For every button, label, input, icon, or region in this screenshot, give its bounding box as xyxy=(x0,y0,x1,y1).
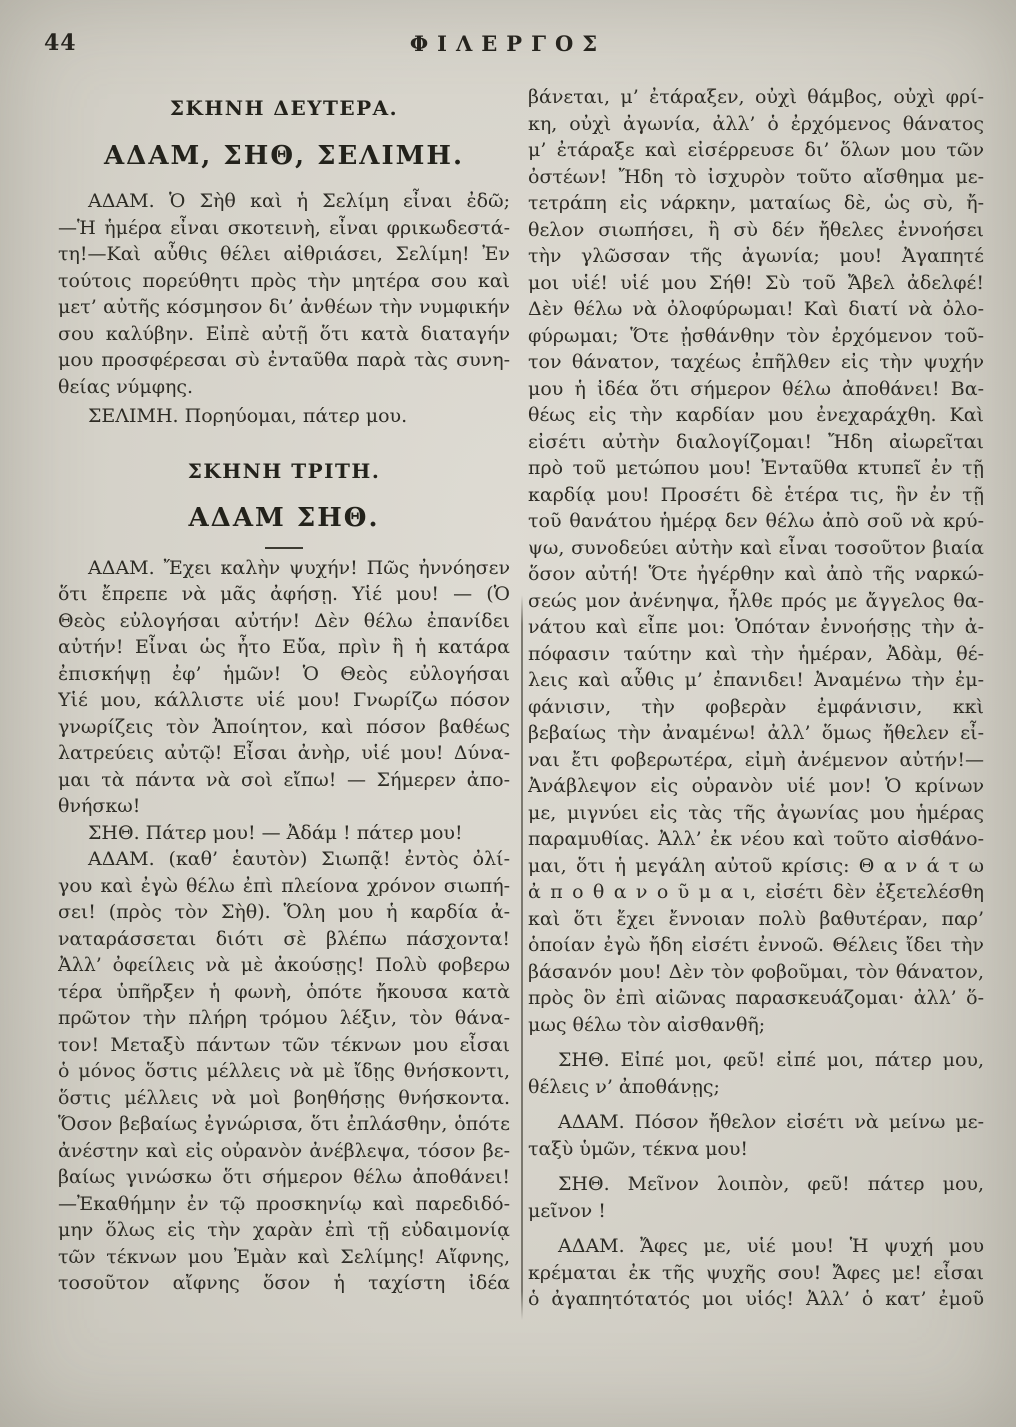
text-line: ὅσον αὐτή! Ὅτε ἠγέρθην καὶ ἀπὸ τῆς ναρκώ… xyxy=(528,561,984,588)
text-line: εἰσέτι αὐτὴν διαλογίζομαι! Ἤδη αἰωρεῖται xyxy=(528,429,984,456)
text-line: νάτου καὶ εἶπε μοι: Ὁπόταν ἐννοήσῃς τὴν … xyxy=(528,614,984,641)
text-line: μως θέλω τὸν αἰσθανθῆ; xyxy=(528,1012,984,1039)
text-line: —Ἡ ἡμέρα εἶναι σκοτεινὴ, εἶναι φρικωδεστ… xyxy=(58,215,510,242)
text-line: Υἱέ μου, κάλλιστε υἱέ μου! Γνωρίζω πόσον xyxy=(58,687,510,714)
speech-paragraph: ΣΗΘ. Πάτερ μου! — Ἀδάμ ! πάτερ μου! xyxy=(58,820,510,847)
text-line: πρῶτον τὴν πλήρη τρόμου λέξιν, τὸν θάνα- xyxy=(58,1005,510,1032)
speech-paragraph: ΑΔΑΜ. Ἔχει καλὴν ψυχήν! Πῶς ἠννόησενὅτι … xyxy=(58,555,510,820)
text-line: σεώς μον ἀνένηψα, ἦλθε πρός με ἄγγελος θ… xyxy=(528,588,984,615)
text-line: φύρωμαι; Ὅτε ᾐσθάνθην τὸν ἐρχόμενον τοῦ- xyxy=(528,323,984,350)
text-line: Ἀνάβλεψον εἰς οὐρανὸν υἱέ μον! Ὁ κρίνων xyxy=(528,773,984,800)
text-line: ὁ μόνος ὅστις μέλλεις νὰ μὲ ἴδῃς θνήσκον… xyxy=(58,1058,510,1085)
text-line: παραμυθίας. Ἀλλ’ ἐκ νέου καὶ τοῦτο αἰσθά… xyxy=(528,826,984,853)
section-rule xyxy=(265,547,303,549)
text-line: βεβαίως τὴν ἀναμένω! ἀλλ’ ὅμως ἤθελεν εἶ… xyxy=(528,720,984,747)
text-column-left: ΣΚΗΝΗ ΔΕΥΤΕΡΑ.ΑΔΑΜ, ΣΗΘ, ΣΕΛΙΜΗ.ΑΔΑΜ. Ὁ … xyxy=(58,88,510,1297)
text-line: Ἀλλ’ ὀφείλεις νὰ μὲ ἀκούσῃς! Πολὺ φοβερω xyxy=(58,952,510,979)
text-line: κη, οὐχὶ ἀγωνία, ἀλλ’ ὁ ἐρχόμενος θάνατο… xyxy=(528,111,984,138)
text-line: τη!—Καὶ αὖθις θέλει αἰθριάσει, Σελίμη! Ἐ… xyxy=(58,241,510,268)
text-line: κρέμαται ἐκ τῆς ψυχῆς σου! Ἄφες με! εἶσα… xyxy=(528,1260,984,1287)
text-line: ταξὺ ὑμῶν, τέκνα μου! xyxy=(528,1136,984,1163)
speech-paragraph: βάνεται, μ’ ἐτάραξεν, οὐχὶ θάμβος, οὐχὶ … xyxy=(528,84,984,1038)
text-line: μαι τὰ πάντα νὰ σοὶ εἴπω! — Σήμερεν ἀπο- xyxy=(58,767,510,794)
speech-paragraph: ΣΕΛΙΜΗ. Πορηύομαι, πάτερ μου. xyxy=(58,403,510,430)
text-line: ὅτι ἔπρεπε νὰ μᾶς ἀφήσῃ. Υἱέ μου! — (Ὁ xyxy=(58,581,510,608)
text-line: βάνεται, μ’ ἐτάραξεν, οὐχὶ θάμβος, οὐχὶ … xyxy=(528,84,984,111)
text-line: σου καλύβην. Εἰπὲ αὐτῇ ὅτι κατὰ διαταγήν xyxy=(58,321,510,348)
text-line: βαίως γινώσκω ὅτι σήμερον θέλω ἀποθάνει! xyxy=(58,1164,510,1191)
text-line: ΣΗΘ. Εἰπέ μοι, φεῦ! εἰπέ μοι, πάτερ μου, xyxy=(528,1047,984,1074)
text-line: γου καὶ ἐγὼ θέλω ἐπὶ πλείονα χρόνον σιωπ… xyxy=(58,873,510,900)
text-line: τετράπη εἰς νάρκην, ματαίως δὲ, ὡς σὺ, ἤ… xyxy=(528,190,984,217)
text-line: ἀνέστην καὶ εἰς οὐρανὸν ἀνέβλεψα, τόσον … xyxy=(58,1138,510,1165)
text-line: τούτοις πορεύθητι πρὸς τὴν μητέρα σου κα… xyxy=(58,268,510,295)
text-line: θνήσκω! xyxy=(58,793,510,820)
text-line: με, μιγνύει εἰς τὰς τῆς ἀγωνίας μου ἡμέρ… xyxy=(528,800,984,827)
text-line: γνωρίζεις τὸν Ἀποίητον, καὶ πόσον βαθέως xyxy=(58,714,510,741)
text-line: θελον σιωπήσει, ἢ σὺ δέν ἤθελες ἐννοήσει xyxy=(528,217,984,244)
text-line: σει! (πρὸς τὸν Σὴθ). Ὅλη μου ἡ καρδία ἀ- xyxy=(58,899,510,926)
text-line: τῶν τέκνων μου Ἐμὰν καὶ Σελίμης! Αἴφνης, xyxy=(58,1244,510,1271)
text-line: Θεὸς εὐλογήσαι αὐτήν! Δὲν θέλω ἐπανίδει xyxy=(58,608,510,635)
speech-paragraph: ΑΔΑΜ. (καθ’ ἑαυτὸν) Σιωπᾷ! ἐντὸς ὀλί-γου… xyxy=(58,846,510,1297)
text-line: τοῦ θανάτου ἡμέρᾳ δεν θέλω ἀπὸ σοῦ νὰ κρ… xyxy=(528,508,984,535)
text-line: μεῖνον ! xyxy=(528,1198,984,1225)
text-line: —Ἐκαθήμην ἐν τῷ προσκηνίῳ καὶ παρεδιδό- xyxy=(58,1191,510,1218)
text-line: ΑΔΑΜ. Ὁ Σὴθ καὶ ἡ Σελίμη εἶναι ἐδῶ; xyxy=(58,188,510,215)
text-line: πρὸ τοῦ μετώπου μου! Ἐνταῦθα κτυπεῖ ἐν τ… xyxy=(528,455,984,482)
text-line: ΑΔΑΜ. (καθ’ ἑαυτὸν) Σιωπᾷ! ἐντὸς ὀλί- xyxy=(58,846,510,873)
text-line: μαι, ὅτι ἡ μεγάλη αὐτοῦ κρίσις: Θ α ν ά … xyxy=(528,853,984,880)
text-line: καὶ ὅτι ἔχει ἔννοιαν πολὺ βαθυτέραν, παρ… xyxy=(528,906,984,933)
text-line: ΑΔΑΜ. Πόσον ἤθελον εἰσέτι νὰ μείνω με- xyxy=(528,1109,984,1136)
text-line: θείας νύμφης. xyxy=(58,374,510,401)
text-line: πόφασιν ταύτην καὶ τὴν ἡμέραν, Ἀδὰμ, θέ- xyxy=(528,641,984,668)
text-line: μετ’ αὐτῆς κόσμησον δι’ ἀνθέων τὴν νυμφι… xyxy=(58,294,510,321)
text-line: βάσανόν μου! Δὲν τὸν φοβοῦμαι, τὸν θάνατ… xyxy=(528,959,984,986)
text-line: μου ἡ ἰδέα ὅτι σήμερον θέλω ἀποθάνει! Βα… xyxy=(528,376,984,403)
journal-title: ΦΙΛΕΡΓΟΣ xyxy=(0,31,1016,56)
text-line: πρὸς ὃν ἐπὶ αἰῶνας παρασκευάζομαι· ἀλλ’ … xyxy=(528,985,984,1012)
text-line: ὀστέων! Ἤδη τὸ ἰσχυρὸν τοῦτο αἴσθημα με- xyxy=(528,164,984,191)
text-line: θέλεις ν’ ἀποθάνῃς; xyxy=(528,1074,984,1101)
speech-paragraph: ΣΗΘ. Μεῖνον λοιπὸν, φεῦ! πάτερ μου,μεῖνο… xyxy=(528,1171,984,1224)
text-line: τον! Μεταξὺ πάντων τῶν τέκνων μου εἶσαι xyxy=(58,1032,510,1059)
speech-paragraph: ΑΔΑΜ. Ὁ Σὴθ καὶ ἡ Σελίμη εἶναι ἐδῶ;—Ἡ ἡμ… xyxy=(58,188,510,400)
text-line: μοι υἱέ! υἱέ μου Σήθ! Σὺ τοῦ Ἄβελ ἀδελφέ… xyxy=(528,270,984,297)
cast-heading: ΑΔΑΜ ΣΗΘ. xyxy=(58,501,510,535)
column-divider-rule xyxy=(521,595,523,1320)
page-header: 44 ΦΙΛΕΡΓΟΣ xyxy=(0,28,1016,62)
scanned-book-page: 44 ΦΙΛΕΡΓΟΣ ΣΚΗΝΗ ΔΕΥΤΕΡΑ.ΑΔΑΜ, ΣΗΘ, ΣΕΛ… xyxy=(0,0,1016,1427)
text-line: καρδίᾳ μου! Προσέτι δὲ ἑτέρα τις, ἣν ἐν … xyxy=(528,482,984,509)
text-line: μ’ ἐτάραξε καὶ εἰσέρρευσε δι’ ὅλων μου τ… xyxy=(528,137,984,164)
text-line: ψω, συνοδεύει αὐτὴν καὶ εἶναι τοσοῦτον β… xyxy=(528,535,984,562)
text-line: ναταράσσεται διότι σὲ βλέπω πάσχοντα! xyxy=(58,926,510,953)
text-line: ἐπισκήψῃ ἐφ’ ἡμῶν! Ὁ Θεὸς εὐλογήσαι αὐτή… xyxy=(58,661,510,688)
text-line: μην ὅλως εἰς τὴν χαρὰν ἐπὶ τῇ εὐδαιμονίᾳ xyxy=(58,1217,510,1244)
text-line: θέως εἰς τὴν καρδίαν μου ἐνεχαράχθη. Καὶ xyxy=(528,402,984,429)
text-line: ὅστις μέλλεις νὰ μοὶ βοηθήσῃς θνήσκοντα. xyxy=(58,1085,510,1112)
text-line: ΑΔΑΜ. Ἄφες με, υἱέ μου! Ἡ ψυχή μου xyxy=(528,1233,984,1260)
scene-heading: ΣΚΗΝΗ ΤΡΙΤΗ. xyxy=(58,457,510,485)
text-line: ὁποίαν ἐγὼ ἤδη εἰσέτι ἐννοῶ. Θέλεις ἴδει… xyxy=(528,932,984,959)
text-line: Δὲν θέλω νὰ ὀλοφύρωμαι! Καὶ διατί νὰ ὀλο… xyxy=(528,296,984,323)
text-line: αὐτήν! Εἶναι ὡς ἦτο Εὔα, πρὶν ἢ ἡ κατάρα xyxy=(58,634,510,661)
speech-paragraph: ΑΔΑΜ. Ἄφες με, υἱέ μου! Ἡ ψυχή μουκρέματ… xyxy=(528,1233,984,1313)
text-line: τοσοῦτον αἴφνης ὅσον ἡ ταχίστη ἰδέα συλλ… xyxy=(58,1270,510,1297)
speech-paragraph: ΣΗΘ. Εἰπέ μοι, φεῦ! εἰπέ μοι, πάτερ μου,… xyxy=(528,1047,984,1100)
text-line: ΑΔΑΜ. Ἔχει καλὴν ψυχήν! Πῶς ἠννόησεν xyxy=(58,555,510,582)
text-line: μου προσφέρεσαι σὺ ἐνταῦθα παρὰ τὰς συνη… xyxy=(58,347,510,374)
text-line: Ὅσον βεβαίως ἐγνώρισα, ὅτι ἐπλάσθην, ὁπό… xyxy=(58,1111,510,1138)
text-line: ΣΗΘ. Μεῖνον λοιπὸν, φεῦ! πάτερ μου, xyxy=(528,1171,984,1198)
scene-heading: ΣΚΗΝΗ ΔΕΥΤΕΡΑ. xyxy=(58,94,510,122)
text-line: λατρεύεις αὐτῷ! Εἶσαι ἀνὴρ, υἱέ μου! Δύν… xyxy=(58,740,510,767)
speech-paragraph: ΑΔΑΜ. Πόσον ἤθελον εἰσέτι νὰ μείνω με-τα… xyxy=(528,1109,984,1162)
text-line: τον θάνατον, ταχέως ἐπῆλθεν εἰς τὴν ψυχή… xyxy=(528,349,984,376)
text-line: ΣΗΘ. Πάτερ μου! — Ἀδάμ ! πάτερ μου! xyxy=(58,820,510,847)
text-column-right: βάνεται, μ’ ἐτάραξεν, οὐχὶ θάμβος, οὐχὶ … xyxy=(528,84,984,1313)
text-line: ΣΕΛΙΜΗ. Πορηύομαι, πάτερ μου. xyxy=(58,403,510,430)
cast-heading: ΑΔΑΜ, ΣΗΘ, ΣΕΛΙΜΗ. xyxy=(58,139,510,173)
text-line: τὴν γλῶσσαν τῆς ἀγωνία; μου! Ἀγαπητέ xyxy=(528,243,984,270)
text-line: λεις καὶ αὖθις μ’ ἐπανιδει! Ἀναμένω τὴν … xyxy=(528,667,984,694)
text-line: ἀ π ο θ α ν ο ῦ μ α ι, εἰσέτι δὲν ἐξετελ… xyxy=(528,879,984,906)
text-line: ὁ ἀγαπητότατός μοι υἱός! Ἀλλ’ ὁ κατ’ ἐμο… xyxy=(528,1286,984,1313)
text-line: ναι ἔτι φοβερωτέρα, εἰμὴ ἀνέμενον αὐτήν!… xyxy=(528,747,984,774)
text-line: φάνισιν, τὴν φοβερὰν ἐμφάνισιν, κκὶ τοσο… xyxy=(528,694,984,721)
text-line: τέρα ὑπῆρξεν ἡ φωνὴ, ὁπότε ἤκουσα κατὰ xyxy=(58,979,510,1006)
